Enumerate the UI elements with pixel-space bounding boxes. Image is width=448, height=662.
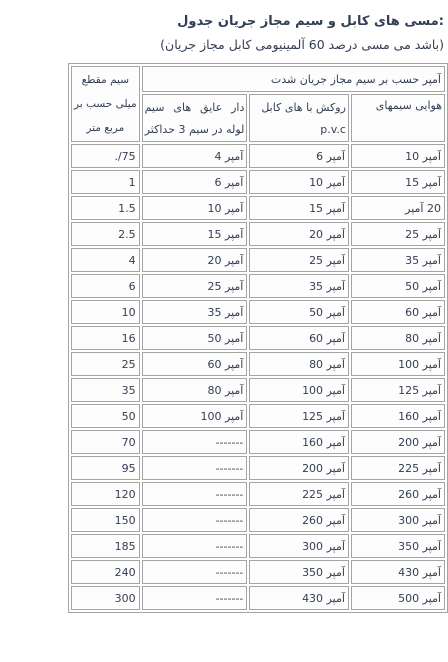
cell-insulated: 100 ‎آمپر [142, 404, 248, 428]
table-row: ./754 ‎آمپر6 ‎آمپر10 ‎آمپر [71, 144, 445, 168]
cell-section: 95 [71, 456, 140, 480]
cell-section: 25 [71, 352, 140, 376]
cell-overhead: 300 ‎آمپر [351, 508, 445, 532]
table-row: 50100 ‎آمپر125 ‎آمپر160 ‎آمپر [71, 404, 445, 428]
cell-pvc: 25 ‎آمپر [249, 248, 349, 272]
table-row: 1.510 ‎آمپر15 ‎آمپرآمپر ‎20 [71, 196, 445, 220]
cell-overhead: 15 ‎آمپر [351, 170, 445, 194]
cell-overhead: 125 ‎آمپر [351, 378, 445, 402]
cell-section: 1 [71, 170, 140, 194]
page-subtitle: (جریان ‎مجاز ‎کابل ‎آلمینیومی ‎60 ‎درصد … [0, 36, 448, 54]
cell-insulated: ------- [142, 560, 248, 584]
cell-pvc: 6 ‎آمپر [249, 144, 349, 168]
cell-insulated: 4 ‎آمپر [142, 144, 248, 168]
cell-pvc: 350 ‎آمپر [249, 560, 349, 584]
cell-insulated: 25 ‎آمپر [142, 274, 248, 298]
header-current-title: شدت ‎جریان ‎مجاز ‎سیم ‎بر ‎حسب ‎آمپر [142, 66, 445, 92]
cell-overhead: 60 ‎آمپر [351, 300, 445, 324]
table-row: 95-------200 ‎آمپر225 ‎آمپر [71, 456, 445, 480]
cell-insulated: 15 ‎آمپر [142, 222, 248, 246]
cell-insulated: ------- [142, 482, 248, 506]
cell-pvc: 80 ‎آمپر [249, 352, 349, 376]
cell-pvc: 225 ‎آمپر [249, 482, 349, 506]
header-cross-section-line: ‪مقطع ‎سیم‬ [74, 68, 137, 92]
cell-pvc: 160 ‎آمپر [249, 430, 349, 454]
cell-overhead: 100 ‎آمپر [351, 352, 445, 376]
cell-insulated: ------- [142, 508, 248, 532]
cell-overhead: 430 ‎آمپر [351, 560, 445, 584]
cell-section: 1.5 [71, 196, 140, 220]
cell-overhead: 500 ‎آمپر [351, 586, 445, 610]
cell-pvc: 35 ‎آمپر [249, 274, 349, 298]
cell-overhead: 200 ‎آمپر [351, 430, 445, 454]
table-row: 2.515 ‎آمپر20 ‎آمپر25 ‎آمپر [71, 222, 445, 246]
header-insulated-wires: سیم ‎های ‎عایق ‎دار حداکثر ‎3 ‎سیم ‎در ‎… [142, 94, 248, 142]
cell-pvc: 50 ‎آمپر [249, 300, 349, 324]
cell-insulated: 50 ‎آمپر [142, 326, 248, 350]
cell-section: 4 [71, 248, 140, 272]
cell-section: 70 [71, 430, 140, 454]
cell-overhead: 160 ‎آمپر [351, 404, 445, 428]
cell-pvc: 60 ‎آمپر [249, 326, 349, 350]
cell-pvc: 20 ‎آمپر [249, 222, 349, 246]
cell-overhead: آمپر ‎20 [351, 196, 445, 220]
table-row: 185-------300 ‎آمپر350 ‎آمپر [71, 534, 445, 558]
header-insulated-line: سیم ‎های ‎عایق ‎دار [145, 96, 245, 118]
cell-section: 120 [71, 482, 140, 506]
cell-overhead: 80 ‎آمپر [351, 326, 445, 350]
header-cross-section-line: ‪متر ‎مربع‬ [74, 116, 137, 140]
cell-insulated: ------- [142, 534, 248, 558]
header-cross-section: ‪مقطع ‎سیم‬ ‪بر ‎حسب ‎میلی‬ ‪متر ‎مربع‬ [71, 66, 140, 142]
table-body: ./754 ‎آمپر6 ‎آمپر10 ‎آمپر16 ‎آمپر10 ‎آم… [71, 144, 445, 610]
cell-overhead: 25 ‎آمپر [351, 222, 445, 246]
cell-insulated: 80 ‎آمپر [142, 378, 248, 402]
cell-section: ./75 [71, 144, 140, 168]
cell-insulated: 35 ‎آمپر [142, 300, 248, 324]
cell-overhead: 10 ‎آمپر [351, 144, 445, 168]
cell-section: 50 [71, 404, 140, 428]
cell-pvc: 260 ‎آمپر [249, 508, 349, 532]
header-pvc-cables: کابل ‎های ‎با ‎روکش p.v.c [249, 94, 349, 142]
cell-section: 240 [71, 560, 140, 584]
table-row: 300-------430 ‎آمپر500 ‎آمپر [71, 586, 445, 610]
cell-insulated: 60 ‎آمپر [142, 352, 248, 376]
cell-insulated: ------- [142, 586, 248, 610]
table-row: 420 ‎آمپر25 ‎آمپر35 ‎آمپر [71, 248, 445, 272]
header-row-top: ‪مقطع ‎سیم‬ ‪بر ‎حسب ‎میلی‬ ‪متر ‎مربع‬ … [71, 66, 445, 92]
table-row: 16 ‎آمپر10 ‎آمپر15 ‎آمپر [71, 170, 445, 194]
cell-pvc: 430 ‎آمپر [249, 586, 349, 610]
cell-overhead: 350 ‎آمپر [351, 534, 445, 558]
page: { "page": { "title": "جدول جریان مجاز سی… [0, 0, 448, 662]
cell-section: 6 [71, 274, 140, 298]
cell-section: 185 [71, 534, 140, 558]
cell-pvc: 10 ‎آمپر [249, 170, 349, 194]
table-header: ‪مقطع ‎سیم‬ ‪بر ‎حسب ‎میلی‬ ‪متر ‎مربع‬ … [71, 66, 445, 142]
content: جدول ‎جریان ‎مجاز ‎سیم ‎و ‎کابل ‎های ‎مس… [0, 0, 448, 613]
cell-section: 2.5 [71, 222, 140, 246]
cell-pvc: 125 ‎آمپر [249, 404, 349, 428]
header-insulated-line: حداکثر ‎3 ‎سیم ‎در ‎لوله [145, 118, 245, 140]
table-row: 1035 ‎آمپر50 ‎آمپر60 ‎آمپر [71, 300, 445, 324]
cell-pvc: 200 ‎آمپر [249, 456, 349, 480]
table-row: 120-------225 ‎آمپر260 ‎آمپر [71, 482, 445, 506]
cell-pvc: 15 ‎آمپر [249, 196, 349, 220]
header-pvc-line: کابل ‎های ‎با ‎روکش [252, 96, 346, 118]
cell-insulated: 20 ‎آمپر [142, 248, 248, 272]
cell-insulated: ------- [142, 430, 248, 454]
cell-pvc: 100 ‎آمپر [249, 378, 349, 402]
cell-section: 300 [71, 586, 140, 610]
header-overhead-wires: سیمهای ‎هوایی [351, 94, 445, 142]
current-ratings-table: ‪مقطع ‎سیم‬ ‪بر ‎حسب ‎میلی‬ ‪متر ‎مربع‬ … [68, 63, 448, 613]
cell-overhead: 35 ‎آمپر [351, 248, 445, 272]
table-row: 240-------350 ‎آمپر430 ‎آمپر [71, 560, 445, 584]
table-row: 150-------260 ‎آمپر300 ‎آمپر [71, 508, 445, 532]
cell-overhead: 225 ‎آمپر [351, 456, 445, 480]
page-title: جدول ‎جریان ‎مجاز ‎سیم ‎و ‎کابل ‎های ‎مس… [0, 12, 448, 31]
cell-overhead: 50 ‎آمپر [351, 274, 445, 298]
cell-pvc: 300 ‎آمپر [249, 534, 349, 558]
cell-insulated: 6 ‎آمپر [142, 170, 248, 194]
table-row: 2560 ‎آمپر80 ‎آمپر100 ‎آمپر [71, 352, 445, 376]
cell-insulated: ------- [142, 456, 248, 480]
header-cross-section-line: ‪بر ‎حسب ‎میلی‬ [74, 92, 137, 116]
cell-section: 35 [71, 378, 140, 402]
cell-section: 150 [71, 508, 140, 532]
cell-section: 10 [71, 300, 140, 324]
table-row: 1650 ‎آمپر60 ‎آمپر80 ‎آمپر [71, 326, 445, 350]
header-pvc-line: p.v.c [252, 118, 346, 140]
table-row: 3580 ‎آمپر100 ‎آمپر125 ‎آمپر [71, 378, 445, 402]
cell-insulated: 10 ‎آمپر [142, 196, 248, 220]
cell-section: 16 [71, 326, 140, 350]
cell-overhead: 260 ‎آمپر [351, 482, 445, 506]
table-row: 70-------160 ‎آمپر200 ‎آمپر [71, 430, 445, 454]
table-row: 625 ‎آمپر35 ‎آمپر50 ‎آمپر [71, 274, 445, 298]
